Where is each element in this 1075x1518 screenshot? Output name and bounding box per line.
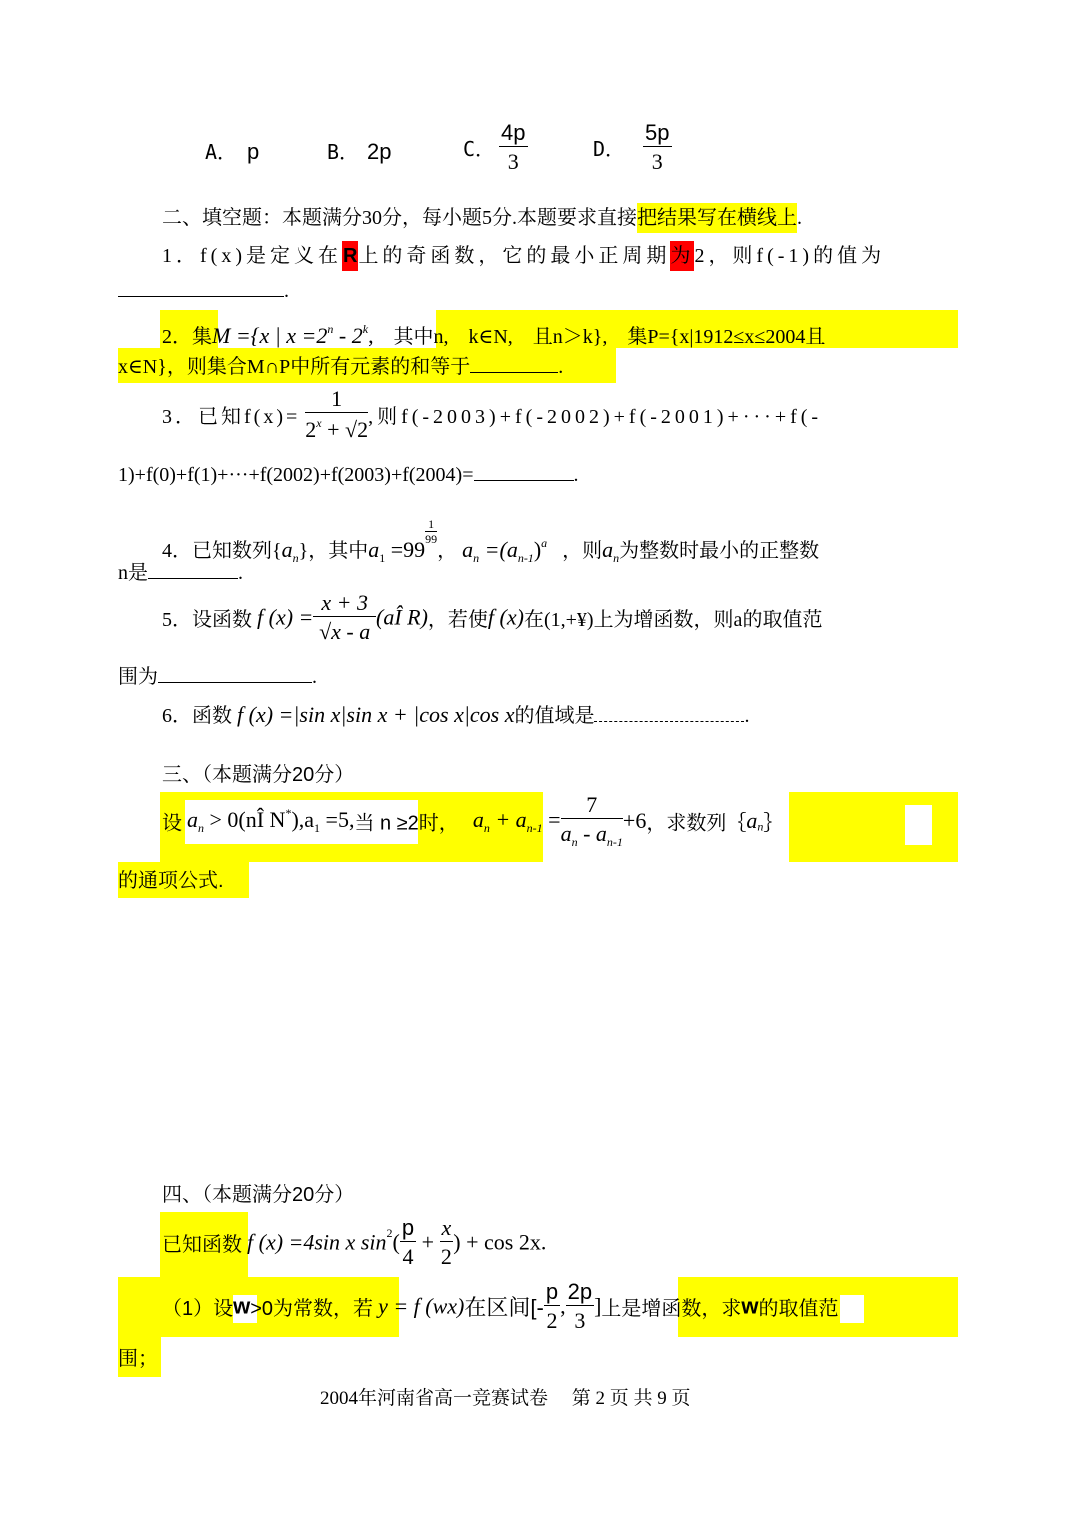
question-1: 1．f(x)是定义在R上的奇函数，它的最小正周期为2，则f(-1)的值为 [162, 241, 885, 271]
math-white-box [840, 1295, 864, 1323]
fraction-f3: 1 2x + √2 [305, 388, 368, 441]
section3-problem: 设 an > 0(nÎ N*),a1 =5,当 n ≥2时， an + an-1… [162, 794, 783, 848]
choice-d-label: D． [593, 137, 625, 161]
section4-q1: （1）设w>0为常数，若 y = f (wx)在区间[-p2,2p3]上是增函数… [162, 1281, 839, 1332]
fraction-x-2: x2 [440, 1217, 454, 1268]
answer-blank[interactable] [470, 356, 558, 373]
question-6: 6．函数 f (x) =|sin x|sin x + |cos x|cos x的… [162, 700, 749, 731]
fraction-f5: x + 3√x - a [313, 592, 376, 643]
choice-d: D． 5p 3 [593, 122, 672, 173]
answer-blank[interactable] [118, 280, 284, 297]
choice-a-value: p [247, 139, 259, 164]
choice-c-fraction: 4p 3 [499, 122, 527, 173]
choice-c-label: C． [463, 137, 495, 161]
answer-blank[interactable] [148, 562, 238, 579]
fraction-section3: 7an - an-1 [561, 794, 623, 848]
answer-blank[interactable] [594, 707, 744, 722]
choice-c: C． 4p 3 [463, 122, 528, 173]
fraction-2pi-3: 2p3 [566, 1281, 594, 1332]
highlight-red: 为 [670, 241, 694, 271]
choice-b-value: 2p [367, 139, 391, 164]
section4-q1-line2: 围； [118, 1344, 158, 1374]
section2-header: 二、填空题：本题满分30分，每小题5分.本题要求直接把结果写在横线上. [162, 203, 802, 233]
math-set-m: M ={x | x =2n - 2k, [212, 323, 374, 348]
highlight-block [789, 792, 958, 862]
exponent-fraction: 199 [425, 518, 437, 545]
choice-b-label: B． [327, 140, 359, 164]
choice-b: B． 2p [327, 136, 392, 165]
fraction-pi-4: p4 [400, 1217, 416, 1268]
choice-a-label: A． [205, 140, 237, 164]
question-4: 4．已知数列{an}，其中a1 =99199， an =(an-1)a ，则an… [162, 518, 819, 573]
choice-d-fraction: 5p 3 [643, 122, 671, 173]
question-3: 3．已知f(x)= 1 2x + √2 ,则f(-2003)+f(-2002)+… [162, 388, 822, 441]
section4-header: 四、（本题满分20分） [162, 1180, 354, 1210]
question-2: 2．集M ={x | x =2n - 2k, 其中n, k∈N, 且n＞k}, … [162, 314, 825, 352]
question-1-answer: . [118, 280, 289, 303]
section4-problem: 已知函数 f (x) =4sin x sin2(p4 + x2) + cos 2… [162, 1217, 546, 1268]
page-footer: 2004年河南省高一竞赛试卷 第 2 页 共 9 页 [320, 1385, 691, 1413]
section3-header: 三、（本题满分20分） [162, 760, 354, 790]
highlight: 把结果写在横线上 [637, 203, 797, 233]
choice-a: A． p [205, 136, 259, 165]
answer-blank[interactable] [158, 666, 312, 683]
math-equation: an + an-1 = [473, 807, 561, 832]
question-3-line2: 1)+f(0)+f(1)+···+f(2002)+f(2003)+f(2004)… [118, 460, 579, 490]
question-2-line2: x∈N}，则集合M∩P中所有元素的和等于. [118, 352, 563, 382]
fraction-pi-2: p2 [544, 1281, 560, 1332]
math-white-box [905, 805, 932, 845]
highlight-red: R [342, 241, 358, 271]
section3-line2: 的通项公式. [118, 866, 224, 896]
question-5-line2: 围为. [118, 662, 317, 692]
answer-blank[interactable] [474, 464, 574, 481]
question-4-line2: n是. [118, 558, 243, 588]
math-condition: an > 0(nÎ N*),a1 =5, [187, 807, 354, 832]
question-5: 5．设函数 f (x) =x + 3√x - a(aÎ R)，若使f (x)在(… [162, 592, 822, 643]
